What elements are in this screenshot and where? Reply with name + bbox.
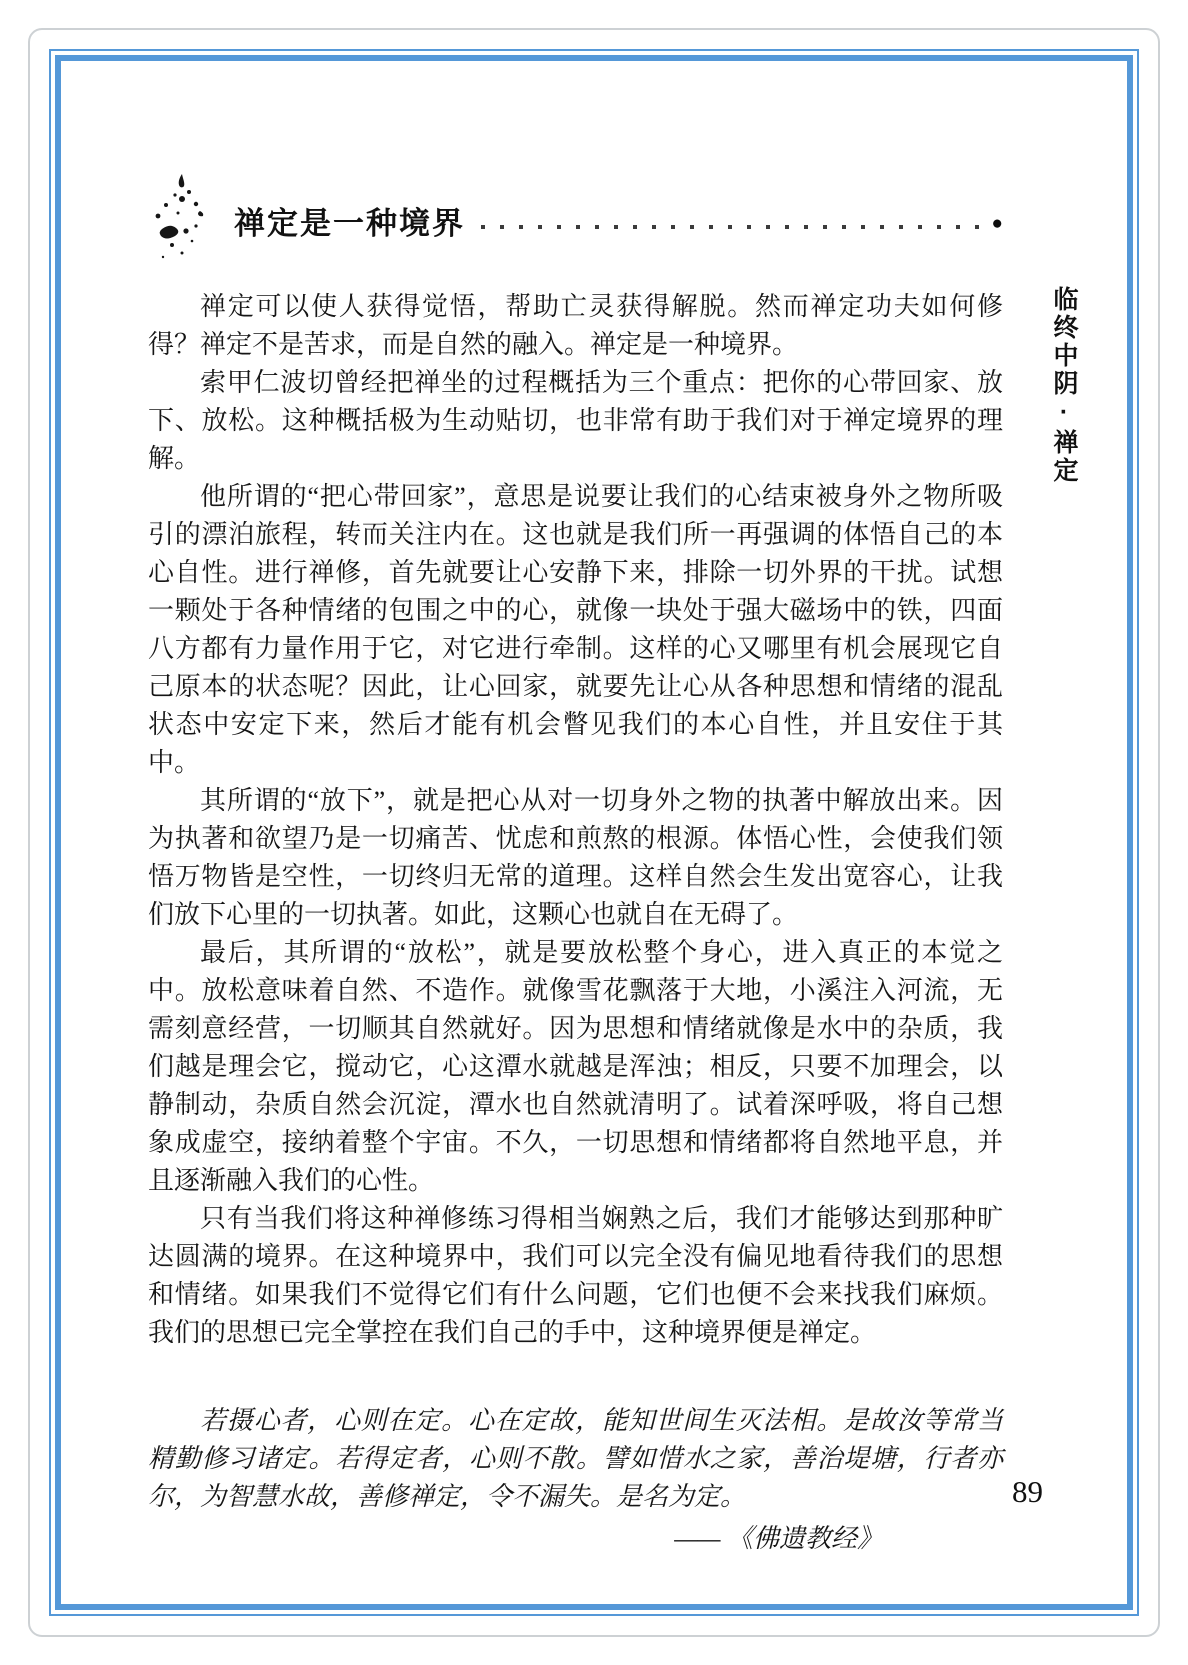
quote-attribution: —— 《佛遗教经》 — [148, 1520, 1003, 1558]
article-body: 禅定可以使人获得觉悟，帮助亡灵获得解脱。然而禅定功夫如何修得？禅定不是苦求，而是… — [148, 288, 1003, 1352]
dotted-leader — [481, 225, 980, 229]
margin-label-vertical: 临终中阴·禅定 — [1046, 286, 1082, 485]
section-title: 禅定是一种境界 — [234, 198, 465, 243]
paragraph: 他所谓的“把心带回家”，意思是说要让我们的心结束被身外之物所吸引的漂泊旅程，转而… — [148, 478, 1003, 782]
ink-splash-icon — [148, 171, 216, 266]
book-page: 禅定是一种境界 ● 禅定可以使人获得觉悟，帮助亡灵获得解脱。然而禅定功夫如何修得… — [0, 0, 1188, 1665]
end-bullet-icon: ● — [992, 214, 1003, 233]
page-number: 89 — [1012, 1474, 1043, 1510]
paragraph: 只有当我们将这种禅修练习得相当娴熟之后，我们才能够达到那种旷达圆满的境界。在这种… — [148, 1200, 1003, 1352]
paragraph: 禅定可以使人获得觉悟，帮助亡灵获得解脱。然而禅定功夫如何修得？禅定不是苦求，而是… — [148, 288, 1003, 364]
quote-text: 若摄心者，心则在定。心在定故，能知世间生灭法相。是故汝等常当精勤修习诸定。若得定… — [148, 1402, 1003, 1516]
paragraph: 最后，其所谓的“放松”，就是要放松整个身心，进入真正的本觉之中。放松意味着自然、… — [148, 934, 1003, 1200]
paragraph: 索甲仁波切曾经把禅坐的过程概括为三个重点：把你的心带回家、放下、放松。这种概括极… — [148, 364, 1003, 478]
scripture-quote: 若摄心者，心则在定。心在定故，能知世间生灭法相。是故汝等常当精勤修习诸定。若得定… — [148, 1402, 1003, 1558]
main-column: 禅定是一种境界 ● 禅定可以使人获得觉悟，帮助亡灵获得解脱。然而禅定功夫如何修得… — [148, 172, 1003, 1558]
section-header: 禅定是一种境界 ● — [148, 172, 1003, 268]
paragraph: 其所谓的“放下”，就是把心从对一切身外之物的执著中解放出来。因为执著和欲望乃是一… — [148, 782, 1003, 934]
